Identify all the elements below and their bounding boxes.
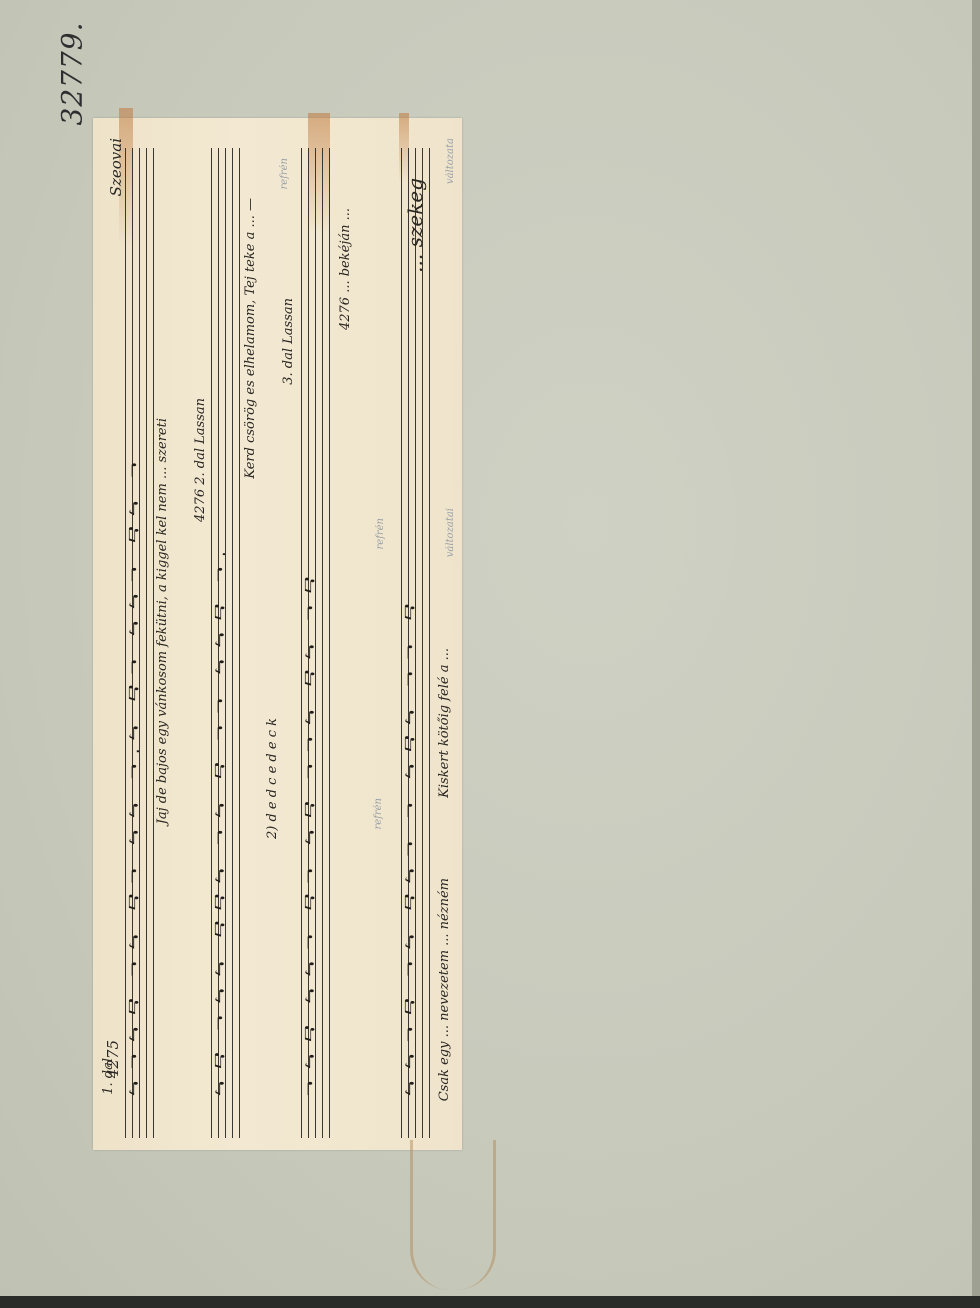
- lyric-line-3: Kerd csörög es elhelamom, Tej teke a ...…: [243, 198, 258, 479]
- staff-3-notes: ♩♪♫ ♪♪♩ ♫♩ ♪♫ ♩♩♪ ♫♪ ♩♫: [299, 178, 320, 1098]
- pencil-note: refrén: [375, 518, 386, 550]
- catalog-number: 32779.: [52, 12, 92, 132]
- staff-1-notes: ♪♩♪♫ ♩♪ ♫♩ ♪♪ ♩.♪ ♫♩ ♪♪♩ ♫♪ ♩: [123, 178, 144, 1098]
- staff-2-notes: ♪♫ ♩♪♪ ♫♫♪ ♩♪ ♫ ♩♩ ♪♪♫ ♩.: [209, 178, 230, 1098]
- closing-text: ... szekeg: [403, 178, 427, 273]
- pencil-note: refrén: [279, 158, 290, 190]
- lyric-line-1: Jaj de bajos egy vánkosom fekütni, a kig…: [155, 418, 170, 824]
- lyric-line-7: Kiskert kötőig felé a ...: [437, 648, 452, 798]
- alt-notes: 2) d e d c e d e c k: [265, 718, 280, 839]
- lyric-line-2: 4276 2. dal Lassan: [193, 398, 208, 522]
- pencil-note: változatai: [445, 508, 456, 557]
- ref-number: 4275: [104, 1040, 122, 1078]
- tape-hinge: [410, 1140, 496, 1290]
- board-edge: [972, 0, 980, 1308]
- lyric-line-5: 4276 ... bekéján ...: [338, 208, 353, 330]
- heading-right: Szeovai: [107, 138, 125, 196]
- pencil-note: változata: [445, 138, 456, 184]
- staff-4-notes: ♪♪♩♫ ♩♪ ♫♪♩ ♩ ♪♫♪ ♩♩ ♫: [399, 418, 420, 1098]
- manuscript-paper: ♪♩♪♫ ♩♪ ♫♩ ♪♪ ♩.♪ ♫♩ ♪♪♩ ♫♪ ♩ 1. dal Sze…: [93, 118, 462, 1150]
- lyric-line-6: Csak egy ... nevezetem ... nézném: [437, 878, 452, 1101]
- scan-border: [0, 1296, 980, 1308]
- lyric-line-4: 3. dal Lassan: [281, 298, 296, 385]
- pencil-note: refrén: [373, 798, 384, 830]
